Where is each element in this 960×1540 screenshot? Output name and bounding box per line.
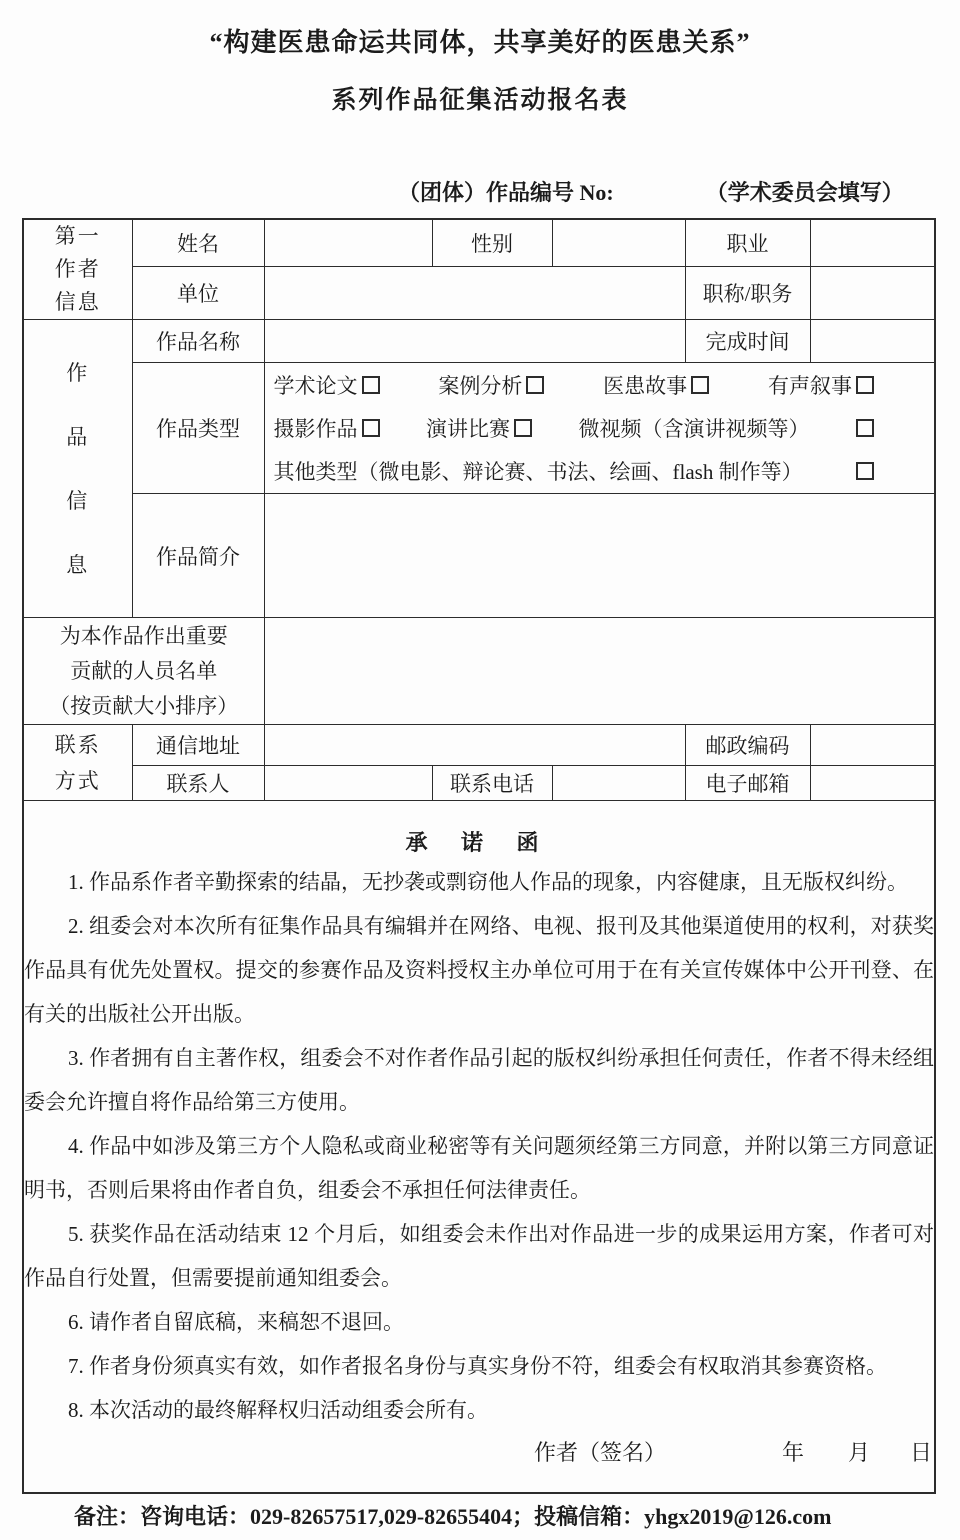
doctor-patient-story-checkbox-icon[interactable]	[691, 376, 709, 394]
unit-field[interactable]	[264, 267, 685, 320]
promise-item-3: 3. 作者拥有自主著作权，组委会不对作者作品引起的版权纠纷承担任何责任，作者不得…	[24, 1036, 934, 1124]
speech-contest-label: 演讲比赛	[426, 413, 510, 443]
work-name-label: 作品名称	[132, 320, 264, 363]
email-field[interactable]	[810, 766, 935, 801]
type-options-row-2: 摄影作品 演讲比赛 微视频（含演讲视频等）	[265, 407, 935, 450]
contributors-field[interactable]	[264, 618, 935, 725]
footer-note: 备注：咨询电话：029-82657517,029-82655404；投稿信箱：y…	[74, 1502, 960, 1532]
unit-label: 单位	[132, 267, 264, 320]
signature-line: 作者（签名） 年 月 日	[24, 1438, 934, 1468]
promise-item-1: 1. 作品系作者辛勤探索的结晶，无抄袭或剽窃他人作品的现象，内容健康，且无版权纠…	[24, 860, 934, 904]
academic-paper-checkbox-icon[interactable]	[362, 376, 380, 394]
academic-paper-label: 学术论文	[274, 370, 358, 400]
address-field[interactable]	[264, 725, 685, 766]
contact-phone-label: 联系电话	[432, 766, 552, 801]
name-label: 姓名	[132, 219, 264, 267]
committee-fill-label: （学术委员会填写）	[706, 180, 904, 206]
work-type-options: 学术论文 案例分析 医患故事 有声叙事 摄影作品 演讲比赛 微视频（含演讲视频等…	[264, 363, 935, 494]
promise-item-7: 7. 作者身份须真实有效，如作者报名身份与真实身份不符，组委会有权取消其参赛资格…	[24, 1344, 934, 1388]
work-type-label: 作品类型	[132, 363, 264, 494]
author-signature-label[interactable]: 作者（签名）	[534, 1438, 666, 1468]
promise-item-5: 5. 获奖作品在活动结束 12 个月后，如组委会未作出对作品进一步的成果运用方案…	[24, 1212, 934, 1300]
option-speech-contest[interactable]: 演讲比赛	[426, 413, 532, 443]
contact-person-label: 联系人	[132, 766, 264, 801]
finish-time-field[interactable]	[810, 320, 935, 363]
promise-item-4: 4. 作品中如涉及第三方个人隐私或商业秘密等有关问题须经第三方同意，并附以第三方…	[24, 1124, 934, 1212]
gender-field[interactable]	[552, 219, 685, 267]
contact-group-label: 联系 方式	[23, 725, 132, 801]
form-sheet: “构建医患命运共同体，共享美好的医患关系” 系列作品征集活动报名表 （团体）作品…	[0, 0, 960, 1540]
promise-item-8: 8. 本次活动的最终解释权归活动组委会所有。	[24, 1388, 934, 1432]
micro-video-label: 微视频（含演讲视频等）	[579, 413, 810, 443]
postcode-label: 邮政编码	[685, 725, 810, 766]
work-number-label: （团体）作品编号 No:	[398, 180, 614, 206]
work-intro-label: 作品简介	[132, 494, 264, 618]
contributors-label: 为本作品作出重要 贡献的人员名单 （按贡献大小排序）	[23, 618, 264, 725]
promise-letter-section: 承 诺 函 1. 作品系作者辛勤探索的结晶，无抄袭或剽窃他人作品的现象，内容健康…	[23, 801, 935, 1493]
work-intro-field[interactable]	[264, 494, 935, 618]
option-photography[interactable]: 摄影作品	[274, 413, 380, 443]
name-field[interactable]	[264, 219, 432, 267]
photography-label: 摄影作品	[274, 413, 358, 443]
month-label[interactable]: 月	[848, 1438, 870, 1468]
contact-person-field[interactable]	[264, 766, 432, 801]
doctor-patient-story-label: 医患故事	[603, 370, 687, 400]
speech-contest-checkbox-icon[interactable]	[514, 419, 532, 437]
work-name-field[interactable]	[264, 320, 685, 363]
finish-time-label: 完成时间	[685, 320, 810, 363]
contact-phone-field[interactable]	[552, 766, 685, 801]
type-options-row-1: 学术论文 案例分析 医患故事 有声叙事	[265, 364, 935, 407]
occupation-field[interactable]	[810, 219, 935, 267]
option-academic-paper[interactable]: 学术论文	[274, 370, 380, 400]
title-job-field[interactable]	[810, 267, 935, 320]
promise-item-2: 2. 组委会对本次所有征集作品具有编辑并在网络、电视、报刊及其他渠道使用的权利，…	[24, 904, 934, 1036]
promise-item-6: 6. 请作者自留底稿，来稿恕不退回。	[24, 1300, 934, 1344]
title-job-label: 职称/职务	[685, 267, 810, 320]
first-author-group-label: 第一 作者 信息	[23, 219, 132, 320]
type-options-row-3: 其他类型（微电影、辩论赛、书法、绘画、flash 制作等）	[265, 450, 935, 493]
other-type-label: 其他类型（微电影、辩论赛、书法、绘画、flash 制作等）	[274, 456, 803, 486]
address-label: 通信地址	[132, 725, 264, 766]
page-subtitle: 系列作品征集活动报名表	[0, 86, 960, 116]
micro-video-checkbox-icon[interactable]	[856, 419, 874, 437]
option-doctor-patient-story[interactable]: 医患故事	[603, 370, 709, 400]
photography-checkbox-icon[interactable]	[362, 419, 380, 437]
promise-letter-title: 承 诺 函	[24, 826, 934, 860]
audio-narration-label: 有声叙事	[768, 370, 852, 400]
day-label[interactable]: 日	[910, 1438, 932, 1468]
occupation-label: 职业	[685, 219, 810, 267]
option-case-analysis[interactable]: 案例分析	[438, 370, 544, 400]
gender-label: 性别	[432, 219, 552, 267]
audio-narration-checkbox-icon[interactable]	[856, 376, 874, 394]
year-label[interactable]: 年	[782, 1438, 804, 1468]
other-type-checkbox-icon[interactable]	[856, 462, 874, 480]
case-analysis-checkbox-icon[interactable]	[526, 376, 544, 394]
option-audio-narration[interactable]: 有声叙事	[768, 370, 874, 400]
page-title: “构建医患命运共同体，共享美好的医患关系”	[0, 0, 960, 58]
case-analysis-label: 案例分析	[438, 370, 522, 400]
email-label: 电子邮箱	[685, 766, 810, 801]
work-number-line: （团体）作品编号 No: （学术委员会填写）	[0, 180, 960, 206]
work-info-group-label: 作 品 信 息	[23, 320, 132, 618]
postcode-field[interactable]	[810, 725, 935, 766]
registration-table: 第一 作者 信息 姓名 性别 职业 单位 职称/职务 作 品 信 息 作品名称 …	[22, 218, 936, 1494]
